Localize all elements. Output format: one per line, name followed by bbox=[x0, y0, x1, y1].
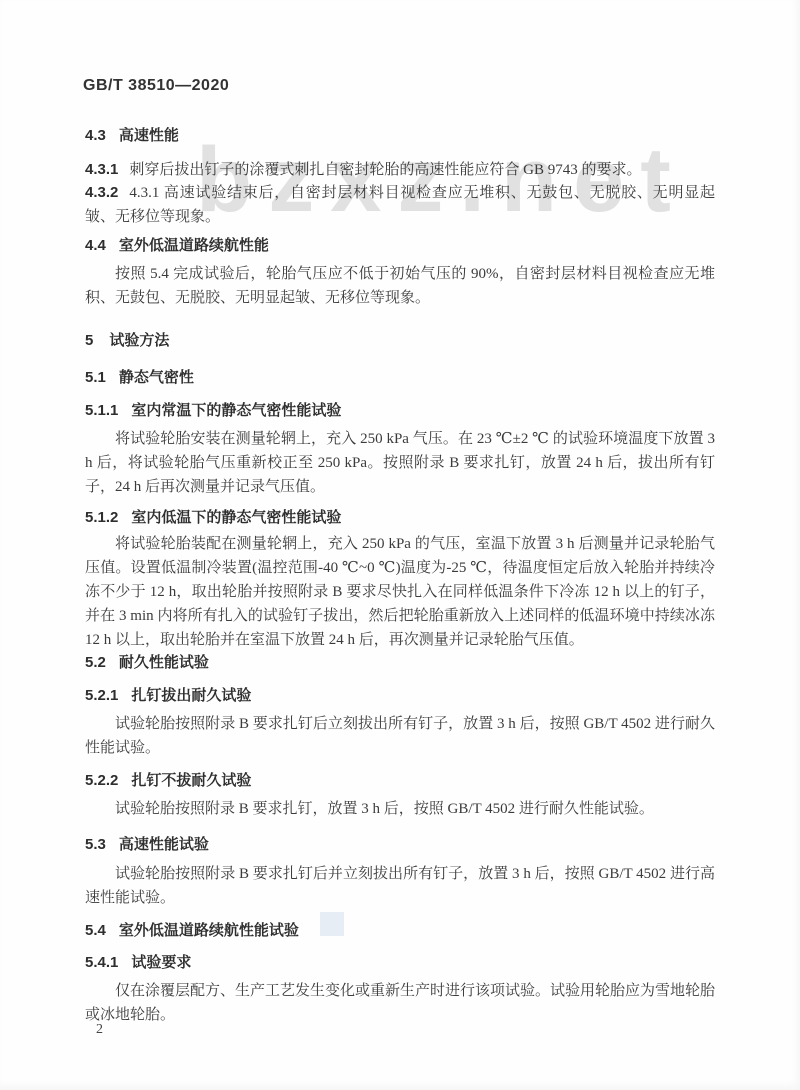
paragraph-5-2-1: 试验轮胎按照附录 B 要求扎钉后立刻拔出所有钉子，放置 3 h 后，按照 GB/… bbox=[85, 712, 715, 760]
heading-title: 试验方法 bbox=[109, 332, 169, 349]
subsection-heading-5-1-1: 5.1.1室内常温下的静态气密性能试验 bbox=[85, 399, 715, 423]
subsection-heading-5-2-2: 5.2.2扎钉不拔耐久试验 bbox=[85, 769, 715, 793]
subsection-heading-5-4-1: 5.4.1试验要求 bbox=[85, 951, 715, 975]
heading-title: 室外低温道路续航性能 bbox=[119, 237, 269, 254]
heading-title: 高速性能试验 bbox=[119, 836, 209, 853]
paragraph-5-2-2: 试验轮胎按照附录 B 要求扎钉，放置 3 h 后，按照 GB/T 4502 进行… bbox=[85, 797, 715, 821]
chapter-heading-5: 5试验方法 bbox=[85, 329, 715, 353]
heading-number: 5.1 bbox=[85, 369, 106, 386]
paragraph-text: 仅在涂覆层配方、生产工艺发生变化或重新生产时进行该项试验。试验用轮胎应为雪地轮胎… bbox=[85, 983, 715, 1023]
clause-text: 4.3.1 高速试验结束后，自密封层材料目视检查应无堆积、无鼓包、无脱胶、无明显… bbox=[85, 185, 715, 225]
heading-title: 静态气密性 bbox=[119, 369, 194, 386]
paragraph-5-1-2: 将试验轮胎装配在测量轮辋上，充入 250 kPa 的气压，室温下放置 3 h 后… bbox=[85, 532, 715, 652]
paragraph-text: 按照 5.4 完成试验后，轮胎气压应不低于初始气压的 90%，自密封层材料目视检… bbox=[85, 266, 715, 306]
heading-number: 5.4.1 bbox=[85, 954, 118, 971]
heading-number: 5.2.1 bbox=[85, 687, 118, 704]
running-header: GB/T 38510—2020 bbox=[83, 77, 229, 95]
clause-number: 4.3.2 bbox=[85, 184, 118, 201]
paragraph-4-4: 按照 5.4 完成试验后，轮胎气压应不低于初始气压的 90%，自密封层材料目视检… bbox=[85, 262, 715, 310]
paragraph-text: 试验轮胎按照附录 B 要求扎钉，放置 3 h 后，按照 GB/T 4502 进行… bbox=[115, 801, 654, 817]
heading-title: 室内常温下的静态气密性能试验 bbox=[131, 402, 341, 419]
heading-number: 5 bbox=[85, 332, 93, 349]
paragraph-text: 试验轮胎按照附录 B 要求扎钉后立刻拔出所有钉子，放置 3 h 后，按照 GB/… bbox=[85, 716, 715, 756]
paragraph-text: 将试验轮胎装配在测量轮辋上，充入 250 kPa 的气压，室温下放置 3 h 后… bbox=[85, 536, 715, 648]
heading-title: 室内低温下的静态气密性能试验 bbox=[131, 509, 341, 526]
heading-title: 扎钉不拔耐久试验 bbox=[131, 772, 251, 789]
clause-number: 4.3.1 bbox=[85, 161, 118, 178]
heading-number: 5.1.1 bbox=[85, 402, 118, 419]
heading-title: 耐久性能试验 bbox=[119, 654, 209, 671]
subsection-heading-5-1-2: 5.1.2室内低温下的静态气密性能试验 bbox=[85, 506, 715, 530]
heading-title: 扎钉拔出耐久试验 bbox=[131, 687, 251, 704]
paragraph-5-1-1: 将试验轮胎安装在测量轮辋上，充入 250 kPa 气压。在 23 ℃±2 ℃ 的… bbox=[85, 427, 715, 499]
paragraph-text: 试验轮胎按照附录 B 要求扎钉后并立刻拔出所有钉子，放置 3 h 后，按照 GB… bbox=[85, 866, 715, 906]
paragraph-4-3-2: 4.3.24.3.1 高速试验结束后，自密封层材料目视检查应无堆积、无鼓包、无脱… bbox=[85, 181, 715, 229]
heading-number: 4.4 bbox=[85, 237, 106, 254]
section-heading-4-3: 4.3高速性能 bbox=[85, 124, 715, 148]
heading-number: 5.1.2 bbox=[85, 509, 118, 526]
heading-title: 室外低温道路续航性能试验 bbox=[119, 922, 299, 939]
section-heading-5-2: 5.2耐久性能试验 bbox=[85, 651, 715, 675]
heading-title: 试验要求 bbox=[131, 954, 191, 971]
heading-title: 高速性能 bbox=[119, 127, 179, 144]
paragraph-4-3-1: 4.3.1刺穿后拔出钉子的涂覆式刺扎自密封轮胎的高速性能应符合 GB 9743 … bbox=[85, 158, 715, 182]
paragraph-5-4-1: 仅在涂覆层配方、生产工艺发生变化或重新生产时进行该项试验。试验用轮胎应为雪地轮胎… bbox=[85, 979, 715, 1027]
subsection-heading-5-2-1: 5.2.1扎钉拔出耐久试验 bbox=[85, 684, 715, 708]
heading-number: 5.4 bbox=[85, 922, 106, 939]
heading-number: 5.2.2 bbox=[85, 772, 118, 789]
section-heading-5-3: 5.3高速性能试验 bbox=[85, 833, 715, 857]
document-page: bzxz.net GB/T 38510—2020 4.3高速性能 4.3.1刺穿… bbox=[0, 0, 800, 1090]
heading-number: 5.3 bbox=[85, 836, 106, 853]
section-heading-5-1: 5.1静态气密性 bbox=[85, 366, 715, 390]
clause-text: 刺穿后拔出钉子的涂覆式刺扎自密封轮胎的高速性能应符合 GB 9743 的要求。 bbox=[129, 162, 641, 178]
paragraph-text: 将试验轮胎安装在测量轮辋上，充入 250 kPa 气压。在 23 ℃±2 ℃ 的… bbox=[85, 431, 715, 495]
page-number: 2 bbox=[96, 1022, 103, 1038]
section-heading-4-4: 4.4室外低温道路续航性能 bbox=[85, 234, 715, 258]
paragraph-5-3: 试验轮胎按照附录 B 要求扎钉后并立刻拔出所有钉子，放置 3 h 后，按照 GB… bbox=[85, 862, 715, 910]
section-heading-5-4: 5.4室外低温道路续航性能试验 bbox=[85, 919, 715, 943]
heading-number: 4.3 bbox=[85, 127, 106, 144]
heading-number: 5.2 bbox=[85, 654, 106, 671]
